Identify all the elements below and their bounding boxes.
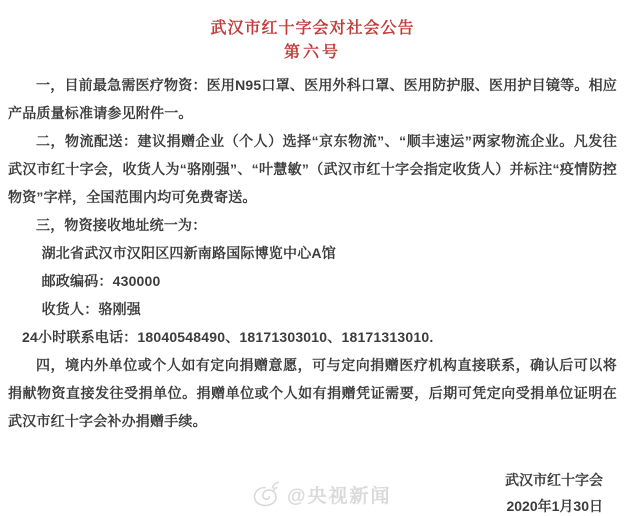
hotline-line: 24小时联系电话：18040548490、18171303010、1817131… (22, 323, 617, 351)
document-number: 第六号 (8, 41, 617, 65)
announcement-document: 武汉市红十字会对社会公告 第六号 一，目前最急需医疗物资：医用N95口罩、医用外… (0, 0, 625, 516)
signature-block: 武汉市红十字会 2020年1月30日 (8, 467, 617, 516)
postal-code-line: 邮政编码：430000 (42, 267, 617, 295)
consignee-line: 收货人：骆刚强 (42, 295, 617, 323)
paragraph-medical-supplies: 一，目前最急需医疗物资：医用N95口罩、医用外科口罩、医用防护服、医用护目镜等。… (8, 71, 617, 127)
paragraph-address-heading: 三，物资接收地址统一为： (8, 211, 617, 239)
signature-date: 2020年1月30日 (8, 493, 603, 516)
paragraph-directed-donation: 四，境内外单位或个人如有定向捐赠意愿，可与定向捐赠医疗机构直接联系，确认后可以将… (8, 351, 617, 435)
document-title: 武汉市红十字会对社会公告 (8, 16, 617, 41)
signature-organization: 武汉市红十字会 (8, 467, 603, 493)
address-line: 湖北省武汉市汉阳区四新南路国际博览中心A馆 (42, 239, 617, 267)
paragraph-logistics: 二，物流配送：建议捐赠企业（个人）选择“京东物流”、“顺丰速运”两家物流企业。凡… (8, 127, 617, 211)
